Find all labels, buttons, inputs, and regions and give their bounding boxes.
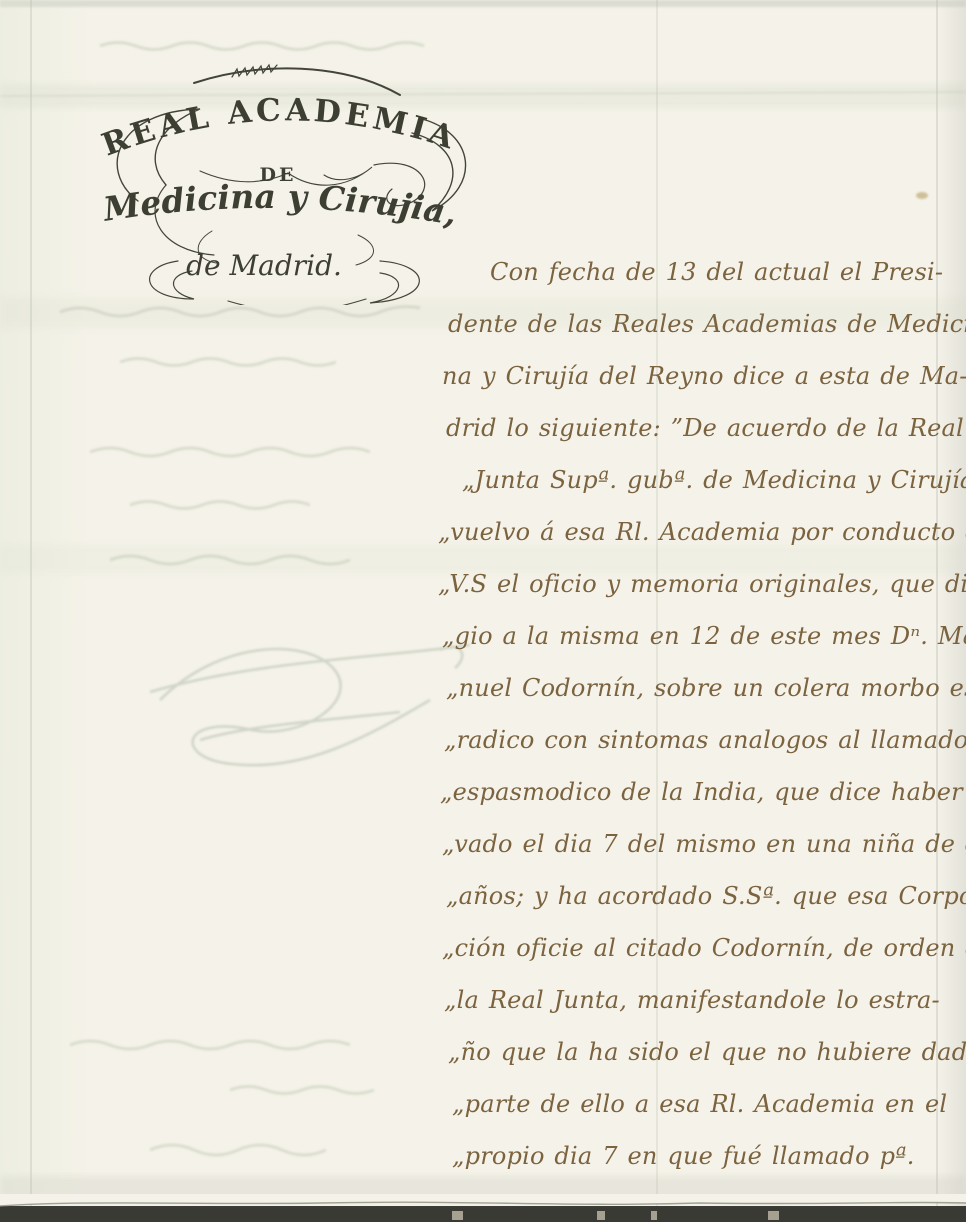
paper-edge-shadow — [0, 1202, 966, 1206]
bleedthrough-script — [100, 43, 424, 50]
letterhead-de-madrid: de Madrid. — [186, 249, 342, 282]
letterhead-title: REAL ACADEMIA — [97, 92, 462, 163]
svg-text:REAL ACADEMIA: REAL ACADEMIA — [97, 92, 462, 163]
bleedthrough-script — [120, 359, 336, 366]
manuscript-line: drid lo siguiente: ”De acuerdo de la Rea… — [446, 402, 958, 454]
manuscript-line: dente de las Reales Academias de Medici- — [448, 298, 958, 350]
bleedthrough-script — [130, 502, 310, 509]
underlying-page-glimpse — [768, 1211, 779, 1220]
manuscript-line: „radico con sintomas analogos al llamado — [444, 714, 958, 766]
bleedthrough-script — [150, 1145, 326, 1155]
manuscript-line: „propio dia 7 en que fué llamado pª. — [452, 1130, 958, 1182]
manuscript-line: „V.S el oficio y memoria originales, que… — [438, 558, 958, 610]
manuscript-line: „la Real Junta, manifestandole lo estra- — [444, 974, 958, 1026]
manuscript-line: „ño que la ha sido el que no hubiere dad… — [448, 1026, 958, 1078]
manuscript-line: „vuelvo á esa Rl. Academia por conducto … — [438, 506, 958, 558]
paper-bottom-edge — [0, 1194, 966, 1212]
bleedthrough-script — [90, 448, 370, 456]
bleedthrough-script — [70, 1041, 350, 1049]
scanned-manuscript-page: REAL ACADEMIA DE Medicina y Cirujia, de … — [0, 0, 966, 1222]
manuscript-line: „gio a la misma en 12 de este mes Dⁿ. Ma… — [442, 610, 958, 662]
manuscript-line: Con fecha de 13 del actual el Presi- — [490, 246, 958, 298]
manuscript-line: na y Cirujía del Reyno dice a esta de Ma… — [442, 350, 958, 402]
manuscript-line: „vado el dia 7 del mismo en una niña de … — [442, 818, 958, 870]
bleedthrough-script — [110, 556, 350, 564]
letterhead: REAL ACADEMIA DE Medicina y Cirujia, de … — [82, 53, 482, 305]
letterhead-medicina-cirujia: Medicina y Cirujia, — [100, 177, 460, 233]
bleedthrough-script — [60, 307, 420, 316]
manuscript-line: „espasmodico de la India, que dice haber… — [440, 766, 958, 818]
manuscript-line: „ción oficie al citado Codornín, de orde… — [442, 922, 958, 974]
bleedthrough-signature — [150, 645, 470, 765]
manuscript-line: „parte de ello a esa Rl. Academia en el — [452, 1078, 958, 1130]
paper-edge-shape — [0, 1194, 966, 1206]
manuscript-body: Con fecha de 13 del actual el Presi- den… — [438, 246, 958, 1182]
svg-text:Medicina y Cirujia,: Medicina y Cirujia, — [100, 177, 460, 233]
underlying-page-glimpse — [597, 1211, 605, 1220]
manuscript-line: „nuel Codornín, sobre un colera morbo es… — [446, 662, 958, 714]
manuscript-line: „Junta Supª. gubª. de Medicina y Cirujía… — [462, 454, 958, 506]
bleedthrough-script — [230, 1087, 374, 1094]
manuscript-line: „años; y ha acordado S.Sª. que esa Corpo… — [446, 870, 958, 922]
underlying-page-glimpse — [452, 1211, 463, 1220]
underlying-page-glimpse — [651, 1211, 657, 1220]
